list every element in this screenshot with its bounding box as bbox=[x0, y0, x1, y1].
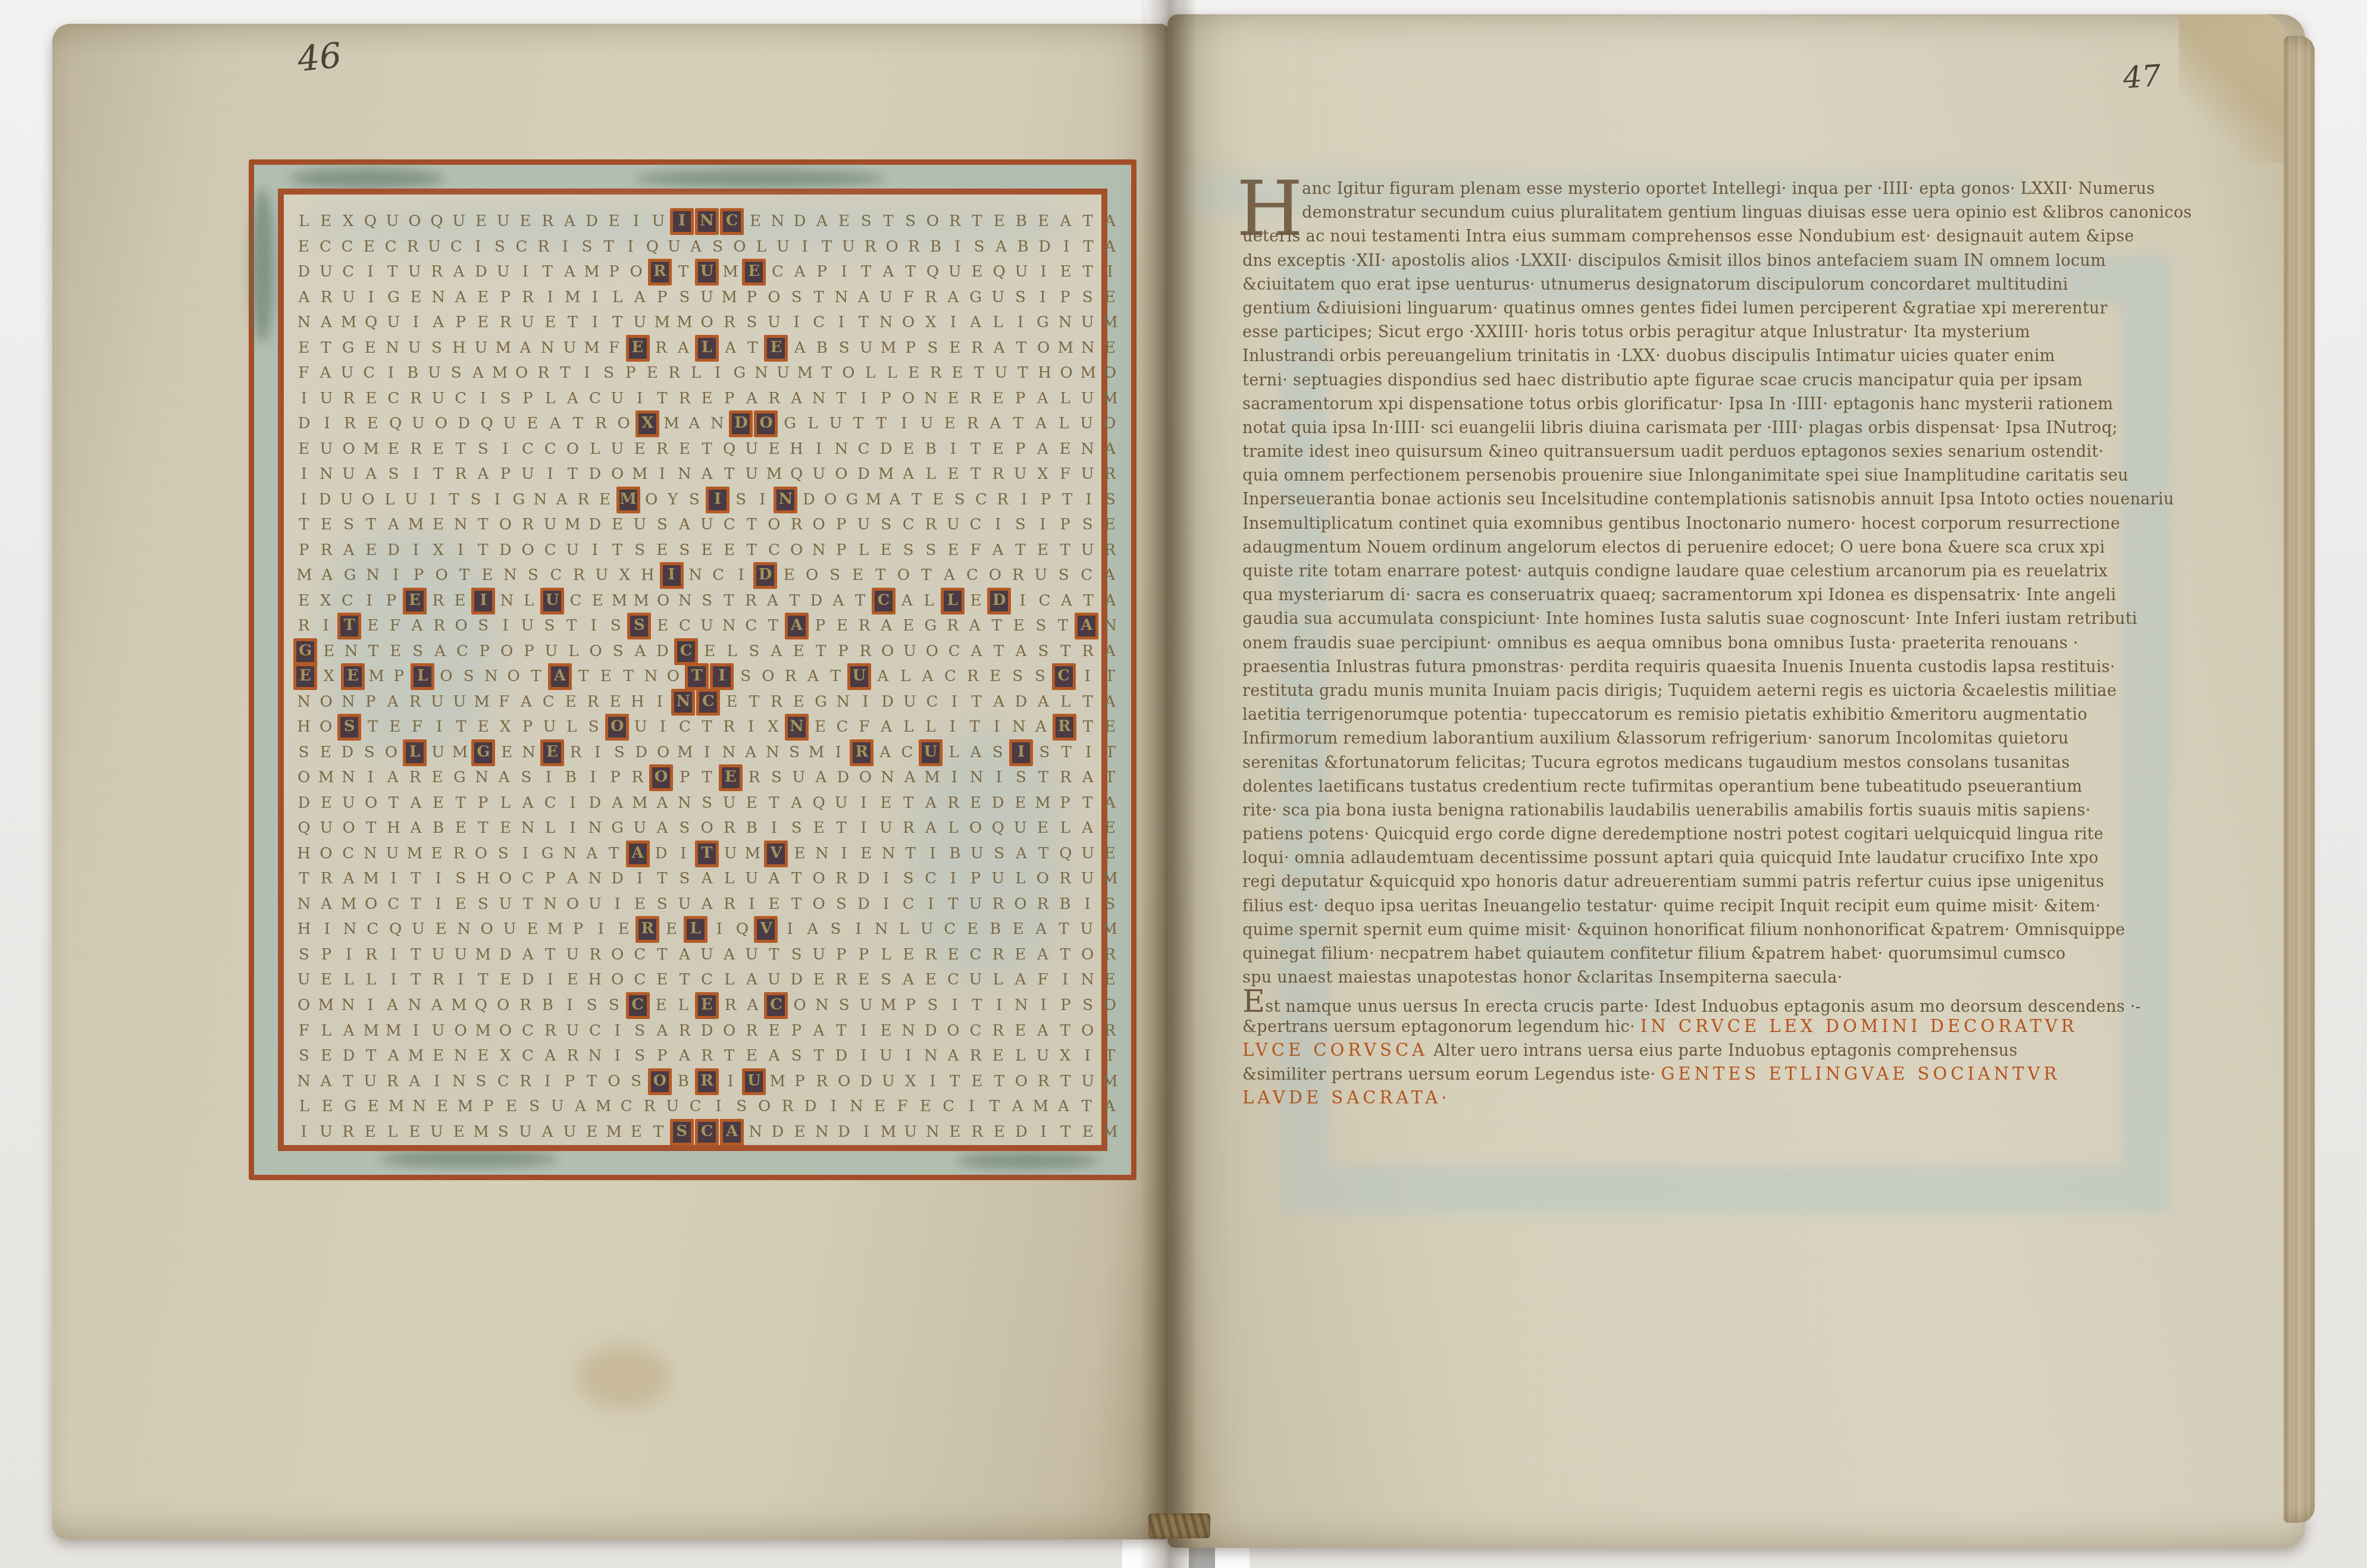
grid-cell: T bbox=[672, 260, 694, 284]
grid-cell: S bbox=[824, 563, 846, 588]
manuscript-line: patiens potens· Quicquid ergo corde dign… bbox=[1242, 823, 2147, 846]
grid-cell: O bbox=[807, 513, 830, 537]
grid-cell: B bbox=[560, 766, 582, 790]
grid-cell: T bbox=[1052, 614, 1074, 638]
grid-cell: E bbox=[496, 741, 518, 765]
grid-cell: A bbox=[315, 311, 338, 335]
frame-smudge bbox=[635, 170, 885, 187]
grid-cell: B bbox=[1012, 235, 1034, 259]
grid-cell: I bbox=[807, 437, 830, 462]
grid-cell: D bbox=[650, 842, 672, 866]
grid-cell: S bbox=[707, 235, 729, 259]
grid-cell: E bbox=[361, 412, 384, 436]
grid-cell: C bbox=[942, 968, 965, 992]
grid-cell: N bbox=[832, 690, 854, 714]
grid-cell: P bbox=[1035, 488, 1056, 512]
grid-cell-highlighted: C bbox=[696, 689, 720, 716]
manuscript-line: rite· sca pia bona iusta benigna rationa… bbox=[1242, 799, 2147, 823]
grid-cell: E bbox=[430, 917, 452, 942]
grid-cell: I bbox=[539, 968, 562, 992]
grid-cell: C bbox=[628, 943, 651, 967]
grid-cell: T bbox=[537, 260, 559, 284]
grid-cell: U bbox=[944, 260, 966, 284]
grid-cell: R bbox=[1054, 766, 1076, 790]
grid-row: ARUIGENAEPRIMILAPSUMPOSTNAUFRAGUSIPSE bbox=[293, 286, 1121, 310]
grid-cell: U bbox=[718, 791, 741, 816]
grid-cell: R bbox=[718, 816, 741, 841]
grid-cell: S bbox=[293, 1044, 315, 1068]
grid-cell: O bbox=[315, 690, 337, 714]
grid-cell: Q bbox=[360, 311, 383, 335]
grid-cell: P bbox=[875, 387, 897, 411]
grid-cell: P bbox=[474, 639, 496, 664]
grid-cell: Q bbox=[425, 209, 447, 234]
grid-cell: S bbox=[1099, 892, 1122, 917]
grid-cell: T bbox=[449, 791, 472, 816]
grid-cell: T bbox=[741, 513, 763, 537]
grid-cell: U bbox=[916, 917, 938, 942]
grid-cell: T bbox=[1054, 1019, 1076, 1043]
grid-cell: D bbox=[853, 892, 875, 917]
grid-cell: N bbox=[1099, 614, 1121, 638]
grid-cell: L bbox=[919, 715, 941, 739]
grid-cell: A bbox=[628, 286, 651, 310]
grid-cell: T bbox=[1076, 690, 1098, 714]
grid-cell: O bbox=[360, 791, 383, 816]
grid-cell: E bbox=[315, 791, 338, 816]
grid-cell: C bbox=[707, 563, 729, 588]
grid-cell: O bbox=[807, 867, 830, 891]
rubric-segment: GENTES ETLINGVAE SOCIANTVR bbox=[1661, 1064, 2060, 1084]
grid-cell: C bbox=[337, 842, 359, 866]
grid-cell: R bbox=[741, 1019, 763, 1043]
grid-cell: E bbox=[965, 791, 987, 816]
grid-cell: T bbox=[1009, 538, 1032, 563]
grid-cell: T bbox=[965, 462, 987, 487]
grid-cell: D bbox=[337, 1044, 360, 1068]
grid-cell: U bbox=[696, 286, 718, 310]
grid-cell: E bbox=[587, 589, 609, 613]
grid-cell: N bbox=[807, 538, 830, 563]
grid-cell: A bbox=[337, 867, 360, 891]
grid-cell: T bbox=[853, 311, 875, 335]
grid-cell: E bbox=[699, 639, 721, 664]
grid-cell: X bbox=[315, 589, 337, 613]
grid-cell: C bbox=[537, 690, 559, 714]
grid-cell: T bbox=[405, 867, 427, 891]
grid-cell-highlighted: E bbox=[719, 764, 743, 791]
grid-cell: O bbox=[475, 917, 498, 942]
manuscript-line: filius est· dequo ipsa ueritas Ineuangel… bbox=[1242, 895, 2147, 918]
text-segment: restituta gradu munis munita Inuiam paci… bbox=[1242, 682, 2116, 700]
frame-smudge bbox=[956, 1152, 1099, 1169]
grid-cell: S bbox=[674, 538, 696, 563]
grid-cell: A bbox=[785, 387, 808, 411]
grid-cell: O bbox=[496, 639, 518, 664]
grid-cell: R bbox=[961, 412, 984, 436]
grid-cell: I bbox=[1054, 968, 1076, 992]
binding-tailband bbox=[1148, 1513, 1210, 1538]
grid-cell: E bbox=[942, 538, 965, 563]
grid-cell: R bbox=[1076, 639, 1098, 664]
grid-cell: U bbox=[875, 1044, 897, 1068]
manuscript-line: ueteris ac noui testamenti Intra eius su… bbox=[1242, 225, 2147, 249]
grid-cell: E bbox=[625, 1120, 647, 1144]
grid-cell: L bbox=[518, 589, 540, 613]
manuscript-line: gentium &diuisioni linguarum· quatinus o… bbox=[1242, 297, 2147, 321]
grid-cell: T bbox=[651, 387, 674, 411]
grid-cell: P bbox=[1009, 387, 1032, 411]
grid-cell: D bbox=[876, 690, 898, 714]
grid-cell: P bbox=[718, 387, 741, 411]
grid-cell: A bbox=[1099, 791, 1122, 816]
grid-cell: N bbox=[684, 563, 707, 588]
grid-cell: D bbox=[1034, 235, 1056, 259]
grid-cell: I bbox=[719, 1070, 741, 1094]
grid-cell: O bbox=[1099, 361, 1121, 385]
grid-cell: X bbox=[613, 563, 636, 588]
grid-cell: U bbox=[337, 462, 360, 487]
grid-cell: U bbox=[606, 437, 629, 462]
grid-cell: C bbox=[449, 387, 472, 411]
grid-cell: T bbox=[1053, 917, 1075, 942]
grid-cell: E bbox=[427, 513, 450, 537]
grid-cell: R bbox=[448, 842, 470, 866]
grid-cell: M bbox=[544, 917, 566, 942]
grid-cell: T bbox=[849, 589, 871, 613]
grid-cell: N bbox=[744, 1120, 766, 1144]
grid-cell: H bbox=[293, 842, 315, 866]
grid-cell: S bbox=[383, 462, 405, 487]
grid-cell: U bbox=[741, 462, 763, 487]
manuscript-line: praesentia Inlustras futura pmonstras· p… bbox=[1242, 656, 2147, 679]
grid-cell: U bbox=[516, 614, 538, 638]
grid-cell: Q bbox=[384, 412, 406, 436]
rubric-segment: LVCE CORVSCA bbox=[1242, 1040, 1428, 1060]
grid-cell: I bbox=[1078, 741, 1100, 765]
grid-cell: P bbox=[741, 286, 763, 310]
grid-cell: A bbox=[990, 235, 1012, 259]
grid-cell-highlighted: O bbox=[649, 764, 673, 791]
grid-cell: E bbox=[472, 1044, 494, 1068]
grid-cell: I bbox=[315, 917, 338, 942]
text-segment: gentium &diuisioni linguarum· quatinus o… bbox=[1242, 299, 2108, 318]
grid-cell: U bbox=[966, 842, 988, 866]
grid-cell: U bbox=[606, 387, 629, 411]
grid-cell: R bbox=[987, 943, 1009, 967]
grid-cell-highlighted: G bbox=[293, 638, 317, 665]
grid-cell: B bbox=[944, 842, 966, 866]
grid-cell: B bbox=[811, 336, 833, 360]
grid-cell: N bbox=[877, 842, 899, 866]
grid-cell: A bbox=[382, 690, 404, 714]
grid-cell: O bbox=[1056, 361, 1078, 385]
grid-cell: R bbox=[1054, 867, 1076, 891]
grid-cell-highlighted: N bbox=[671, 689, 695, 716]
grid-cell: O bbox=[585, 639, 607, 664]
grid-cell: M bbox=[660, 412, 682, 436]
grid-cell: U bbox=[830, 791, 853, 816]
grid-cell: A bbox=[853, 286, 875, 310]
grid-cell: M bbox=[741, 842, 763, 866]
grid-cell: I bbox=[652, 715, 674, 739]
grid-cell: S bbox=[337, 513, 360, 537]
grid-cell: A bbox=[984, 412, 1007, 436]
grid-cell: U bbox=[562, 538, 584, 563]
grid-cell: R bbox=[650, 336, 672, 360]
grid-cell: M bbox=[337, 311, 360, 335]
grid-cell: E bbox=[744, 209, 766, 234]
grid-cell-highlighted: N bbox=[695, 208, 719, 235]
grid-cell: A bbox=[425, 993, 447, 1018]
grid-cell: N bbox=[293, 690, 315, 714]
grid-cell: A bbox=[1054, 209, 1076, 234]
grid-cell: E bbox=[494, 968, 517, 992]
grid-cell: L bbox=[381, 1120, 403, 1144]
grid-cell: C bbox=[516, 867, 539, 891]
grid-cell: A bbox=[472, 462, 494, 487]
grid-cell: U bbox=[407, 917, 430, 942]
grid-cell: A bbox=[811, 209, 833, 234]
grid-cell: N bbox=[830, 437, 853, 462]
text-segment: laetitia terrigenorumque potentia· tupec… bbox=[1242, 705, 2087, 724]
grid-cell: E bbox=[944, 1120, 966, 1144]
grid-cell: X bbox=[900, 1070, 922, 1094]
grid-cell: A bbox=[516, 791, 539, 816]
manuscript-line: LAVDE SACRATA· bbox=[1242, 1086, 2147, 1109]
grid-cell: F bbox=[1054, 462, 1076, 487]
grid-cell: E bbox=[1099, 336, 1121, 360]
grid-cell: U bbox=[628, 513, 651, 537]
grid-cell: T bbox=[360, 513, 383, 537]
grid-cell: I bbox=[729, 563, 752, 588]
grid-cell: A bbox=[988, 336, 1010, 360]
grid-cell: S bbox=[730, 1095, 753, 1119]
grid-cell: E bbox=[315, 1044, 338, 1068]
grid-cell: L bbox=[943, 741, 965, 765]
grid-cell-highlighted: I bbox=[710, 663, 734, 690]
grid-cell: M bbox=[581, 336, 603, 360]
grid-cell: S bbox=[785, 943, 808, 967]
grid-cell: A bbox=[1099, 209, 1121, 234]
grid-cell: A bbox=[875, 715, 897, 739]
grid-cell: A bbox=[741, 993, 763, 1018]
grid-cell: E bbox=[897, 614, 919, 638]
text-segment: Infirmorum remedium laborantium auxilium… bbox=[1242, 729, 2069, 748]
grid-cell: M bbox=[674, 311, 696, 335]
grid-cell: S bbox=[785, 816, 808, 841]
grid-cell: E bbox=[360, 538, 383, 563]
grid-cell: U bbox=[315, 816, 338, 841]
grid-cell: U bbox=[772, 361, 794, 385]
grid-cell: L bbox=[379, 488, 400, 512]
rubric-segment: LAVDE SACRATA· bbox=[1242, 1087, 1450, 1108]
grid-cell: E bbox=[1099, 842, 1121, 866]
grid-cell: T bbox=[362, 639, 384, 664]
grid-cell: I bbox=[922, 1070, 944, 1094]
grid-cell: S bbox=[922, 993, 944, 1018]
grid-cell: G bbox=[537, 842, 559, 866]
grid-cell: E bbox=[403, 1120, 425, 1144]
grid-cell: C bbox=[383, 892, 405, 917]
grid-cell: U bbox=[426, 690, 448, 714]
grid-cell-highlighted: R bbox=[695, 1068, 719, 1095]
grid-cell: U bbox=[425, 1120, 447, 1144]
grid-cell: E bbox=[521, 917, 544, 942]
grid-cell: U bbox=[492, 209, 514, 234]
grid-cell: Q bbox=[785, 462, 808, 487]
grid-cell: I bbox=[893, 412, 915, 436]
grid-cell: T bbox=[427, 462, 450, 487]
grid-cell: I bbox=[960, 1095, 983, 1119]
grid-cell: L bbox=[1054, 816, 1076, 841]
grid-cell: R bbox=[965, 1044, 987, 1068]
grid-cell-highlighted: E bbox=[403, 588, 427, 614]
grid-cell: I bbox=[405, 1019, 427, 1043]
grid-cell: T bbox=[824, 664, 847, 689]
grid-cell: E bbox=[315, 968, 338, 992]
grid-cell: O bbox=[876, 639, 898, 664]
grid-cell: T bbox=[718, 1044, 741, 1068]
grid-cell: S bbox=[784, 741, 806, 765]
grid-cell: O bbox=[942, 1019, 965, 1043]
grid-cell: E bbox=[293, 336, 315, 360]
grid-cell: I bbox=[358, 589, 380, 613]
grid-cell: N bbox=[845, 1095, 868, 1119]
grid-cell: E bbox=[788, 690, 810, 714]
grid-cell: I bbox=[943, 766, 965, 790]
grid-cell: U bbox=[315, 437, 338, 462]
grid-row: NAMOCTIESUTNOUIESUARIETOSDICITURORBIS bbox=[293, 892, 1121, 917]
grid-cell: U bbox=[494, 892, 517, 917]
grid-cell: T bbox=[1099, 741, 1121, 765]
grid-cell: I bbox=[897, 1044, 920, 1068]
grid-cell: S bbox=[1076, 286, 1099, 310]
grid-cell: E bbox=[641, 361, 663, 385]
grid-cell: A bbox=[788, 336, 810, 360]
grid-cell: N bbox=[1076, 437, 1099, 462]
grid-cell: I bbox=[833, 260, 855, 284]
grid-cell: O bbox=[1009, 892, 1032, 917]
grid-cell: A bbox=[515, 690, 537, 714]
grid-cell: I bbox=[514, 260, 536, 284]
grid-cell: T bbox=[986, 614, 1008, 638]
grid-cell: E bbox=[449, 589, 471, 613]
grid-cell-highlighted: T bbox=[685, 663, 709, 690]
grid-cell: P bbox=[518, 639, 540, 664]
grid-cell: S bbox=[651, 513, 674, 537]
grid-cell: U bbox=[990, 361, 1012, 385]
grid-cell: Q bbox=[293, 816, 315, 841]
grid-cell: T bbox=[383, 791, 405, 816]
grid-cell: S bbox=[605, 614, 627, 638]
grid-cell: X bbox=[1032, 462, 1054, 487]
grid-cell: T bbox=[785, 892, 808, 917]
grid-cell: F bbox=[293, 361, 315, 385]
grid-cell: C bbox=[584, 387, 606, 411]
grid-row: IURELEUEMSUAUEMETSCANDENDIMUNEREDITEM bbox=[293, 1120, 1121, 1144]
grid-cell: D bbox=[337, 741, 359, 765]
grid-cell: O bbox=[470, 842, 492, 866]
grid-cell: O bbox=[625, 260, 647, 284]
grid-cell: M bbox=[403, 842, 425, 866]
grid-cell: O bbox=[315, 842, 337, 866]
grid-cell: O bbox=[492, 993, 514, 1018]
grid-cell: B bbox=[925, 235, 947, 259]
grid-cell: I bbox=[947, 235, 969, 259]
grid-cell: X bbox=[762, 715, 784, 739]
grid-cell: C bbox=[539, 437, 562, 462]
manuscript-line: &pertrans uersum eptagonorum legendum hi… bbox=[1242, 1014, 2147, 1038]
grid-cell: T bbox=[1078, 235, 1100, 259]
grid-cell: A bbox=[1030, 715, 1052, 739]
grid-cell: A bbox=[383, 1044, 405, 1068]
grid-cell: I bbox=[494, 614, 516, 638]
grid-cell-highlighted: C bbox=[674, 638, 698, 665]
manuscript-line: &similiter pertrans uersum eorum Legendu… bbox=[1242, 1062, 2147, 1086]
grid-cell: R bbox=[719, 993, 741, 1018]
grid-cell: I bbox=[359, 260, 381, 284]
grid-cell: E bbox=[1009, 943, 1032, 967]
grid-cell: T bbox=[869, 563, 892, 588]
grid-cell: E bbox=[315, 741, 337, 765]
grid-cell: E bbox=[362, 1095, 385, 1119]
grid-cell: I bbox=[539, 286, 562, 310]
grid-cell: H bbox=[293, 917, 315, 942]
grid-cell: T bbox=[453, 563, 475, 588]
grid-cell-highlighted: C bbox=[764, 992, 788, 1019]
grid-cell: D bbox=[1010, 1120, 1032, 1144]
grid-cell: R bbox=[966, 1120, 988, 1144]
grid-cell: H bbox=[383, 816, 405, 841]
grid-cell: G bbox=[965, 286, 987, 310]
grid-cell: O bbox=[833, 1070, 855, 1094]
grid-cell: U bbox=[492, 260, 514, 284]
grid-cell: A bbox=[383, 513, 405, 537]
grid-cell-highlighted: A bbox=[720, 1119, 744, 1146]
grid-cell: N bbox=[1008, 715, 1030, 739]
grid-cell: N bbox=[762, 741, 784, 765]
grid-cell: A bbox=[1099, 690, 1121, 714]
grid-cell: P bbox=[809, 614, 831, 638]
grid-cell: N bbox=[897, 1019, 920, 1043]
grid-cell: T bbox=[785, 867, 808, 891]
text-segment: filius est· dequo ipsa ueritas Ineuangel… bbox=[1242, 897, 2101, 915]
grid-cell: Q bbox=[641, 235, 663, 259]
grid-cell: E bbox=[359, 336, 381, 360]
grid-cell: T bbox=[1032, 766, 1054, 790]
grid-cell: O bbox=[494, 867, 517, 891]
grid-cell: U bbox=[448, 209, 470, 234]
grid-cell: H bbox=[448, 336, 470, 360]
grid-cell: U bbox=[898, 690, 920, 714]
grid-cell: F bbox=[965, 538, 987, 563]
grid-cell: U bbox=[359, 1070, 381, 1094]
grid-cell: T bbox=[816, 361, 838, 385]
grid-cell: P bbox=[674, 766, 696, 790]
grid-cell: N bbox=[448, 1070, 470, 1094]
grid-cell: O bbox=[662, 664, 685, 689]
grid-cell: I bbox=[707, 361, 729, 385]
grid-cell: N bbox=[361, 563, 384, 588]
grid-cell: O bbox=[293, 766, 315, 790]
grid-cell: A bbox=[514, 336, 536, 360]
grid-cell: P bbox=[1054, 791, 1076, 816]
grid-cell: N bbox=[315, 462, 338, 487]
grid-cell: Q bbox=[922, 260, 944, 284]
grid-cell-highlighted: T bbox=[695, 841, 719, 867]
grid-cell: R bbox=[920, 513, 943, 537]
